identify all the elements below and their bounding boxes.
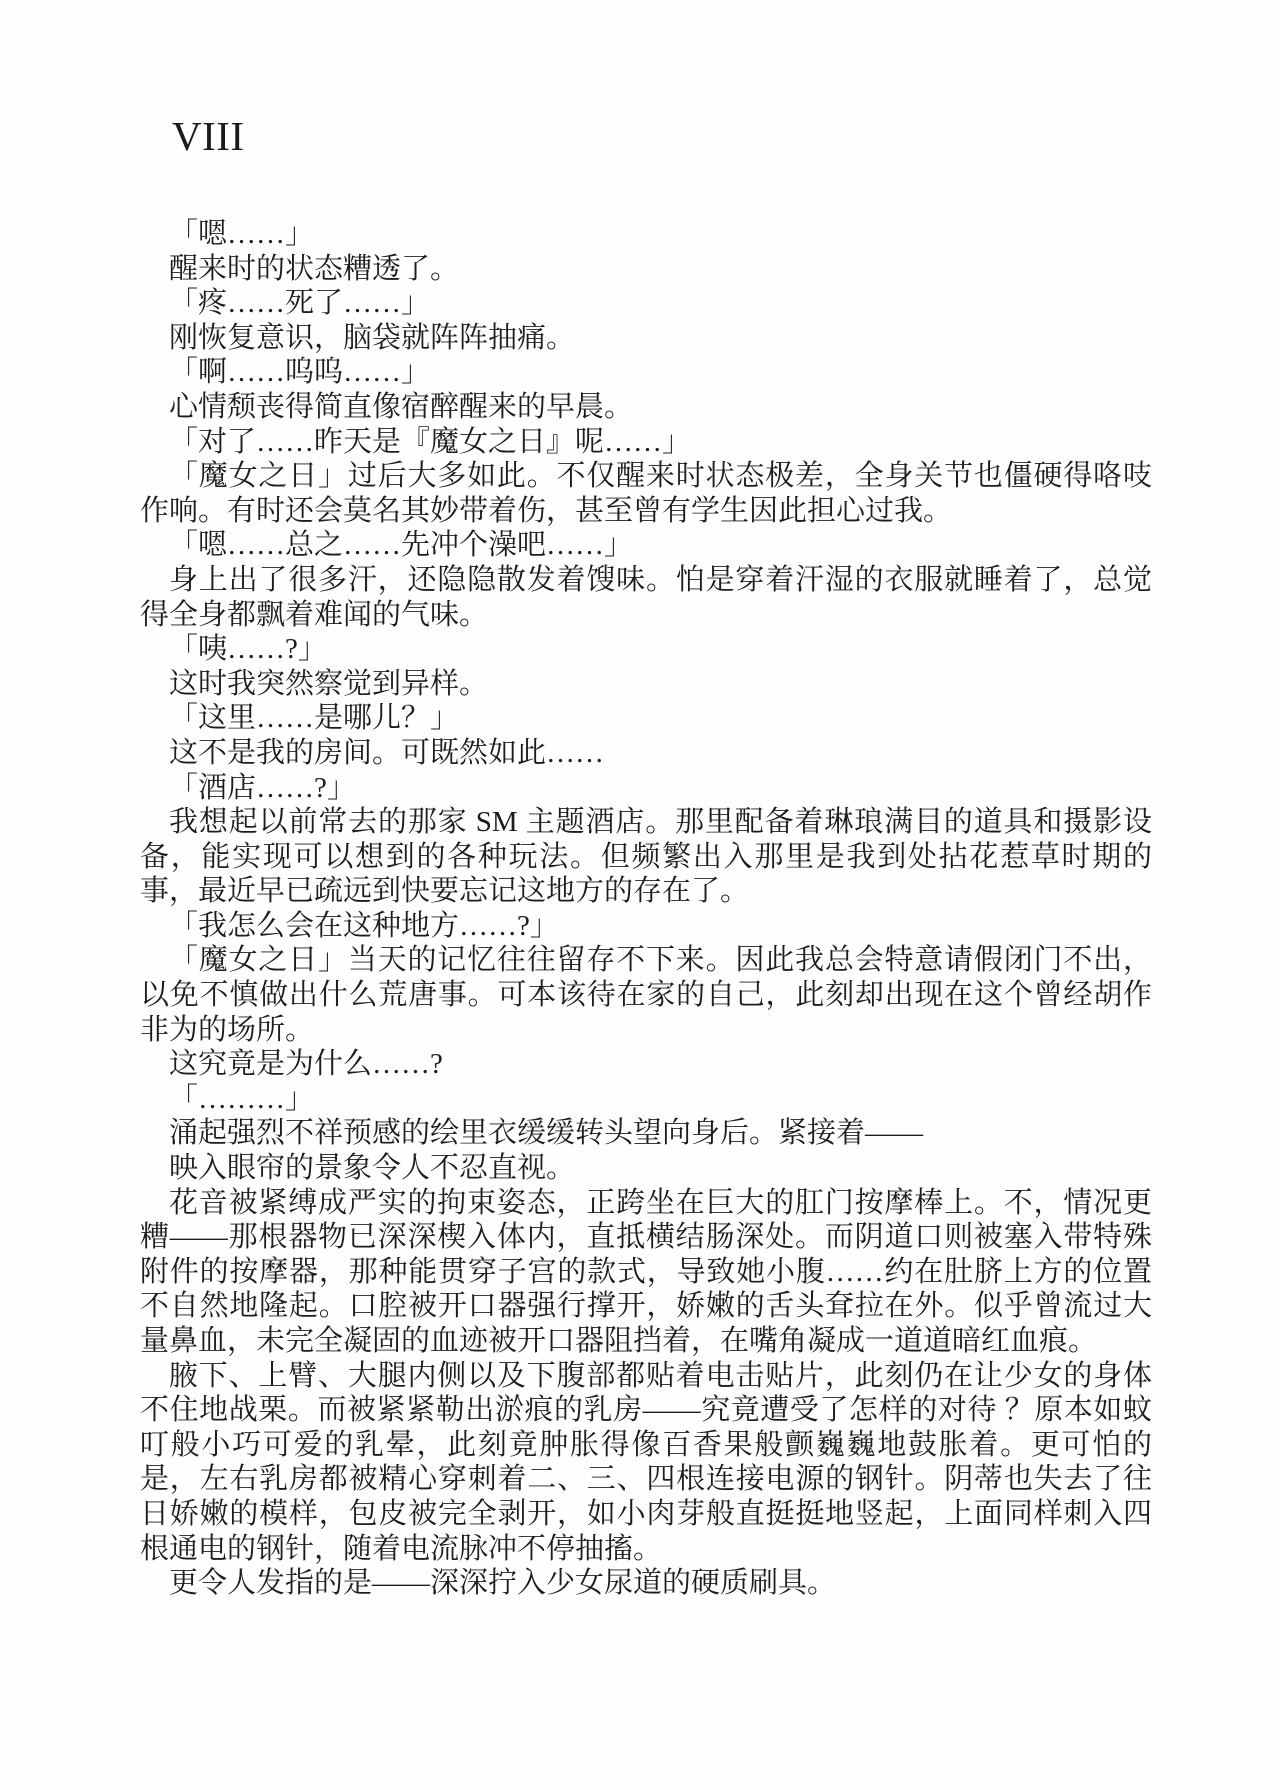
text-block: 「嗯……」醒来时的状态糟透了。「疼……死了……」刚恢复意识，脑袋就阵阵抽痛。「啊… <box>140 217 1152 1601</box>
paragraph: 「这里……是哪儿？」 <box>140 701 1152 736</box>
paragraph: 涌起强烈不祥预感的绘里衣缓缓转头望向身后。紧接着—— <box>140 1116 1152 1151</box>
paragraph: 「………」 <box>140 1082 1152 1117</box>
paragraph: 更令人发指的是——深深拧入少女尿道的硬质刷具。 <box>140 1566 1152 1601</box>
paragraph: 「咦……?」 <box>140 632 1152 667</box>
paragraph: 醒来时的状态糟透了。 <box>140 252 1152 287</box>
paragraph: 身上出了很多汗，还隐隐散发着馊味。怕是穿着汗湿的衣服就睡着了，总觉得全身都飘着难… <box>140 563 1152 632</box>
paragraph: 「魔女之日」过后大多如此。不仅醒来时状态极差，全身关节也僵硬得咯吱作响。有时还会… <box>140 459 1152 528</box>
paragraph: 「嗯……」 <box>140 217 1152 252</box>
novel-page: VIII 「嗯……」醒来时的状态糟透了。「疼……死了……」刚恢复意识，脑袋就阵阵… <box>0 0 1280 1790</box>
paragraph: 心情颓丧得简直像宿醉醒来的早晨。 <box>140 390 1152 425</box>
paragraph: 这究竟是为什么……? <box>140 1047 1152 1082</box>
paragraph: 「嗯……总之……先冲个澡吧……」 <box>140 528 1152 563</box>
paragraph: 「对了……昨天是『魔女之日』呢……」 <box>140 425 1152 460</box>
paragraph: 腋下、上臂、大腿内侧以及下腹部都贴着电击贴片，此刻仍在让少女的身体不住地战栗。而… <box>140 1359 1152 1567</box>
chapter-heading: VIII <box>172 114 245 159</box>
paragraph: 「酒店……?」 <box>140 771 1152 806</box>
paragraph: 映入眼帘的景象令人不忍直视。 <box>140 1151 1152 1186</box>
paragraph: 「我怎么会在这种地方……?」 <box>140 909 1152 944</box>
paragraph: 「疼……死了……」 <box>140 286 1152 321</box>
paragraph: 这时我突然察觉到异样。 <box>140 667 1152 702</box>
paragraph: 花音被紧缚成严实的拘束姿态，正跨坐在巨大的肛门按摩棒上。不，情况更糟——那根器物… <box>140 1186 1152 1359</box>
paragraph: 我想起以前常去的那家 SM 主题酒店。那里配备着琳琅满目的道具和摄影设备，能实现… <box>140 805 1152 909</box>
paragraph: 刚恢复意识，脑袋就阵阵抽痛。 <box>140 321 1152 356</box>
paragraph: 这不是我的房间。可既然如此…… <box>140 736 1152 771</box>
paragraph: 「啊……呜呜……」 <box>140 355 1152 390</box>
paragraph: 「魔女之日」当天的记忆往往留存不下来。因此我总会特意请假闭门不出，以免不慎做出什… <box>140 943 1152 1047</box>
